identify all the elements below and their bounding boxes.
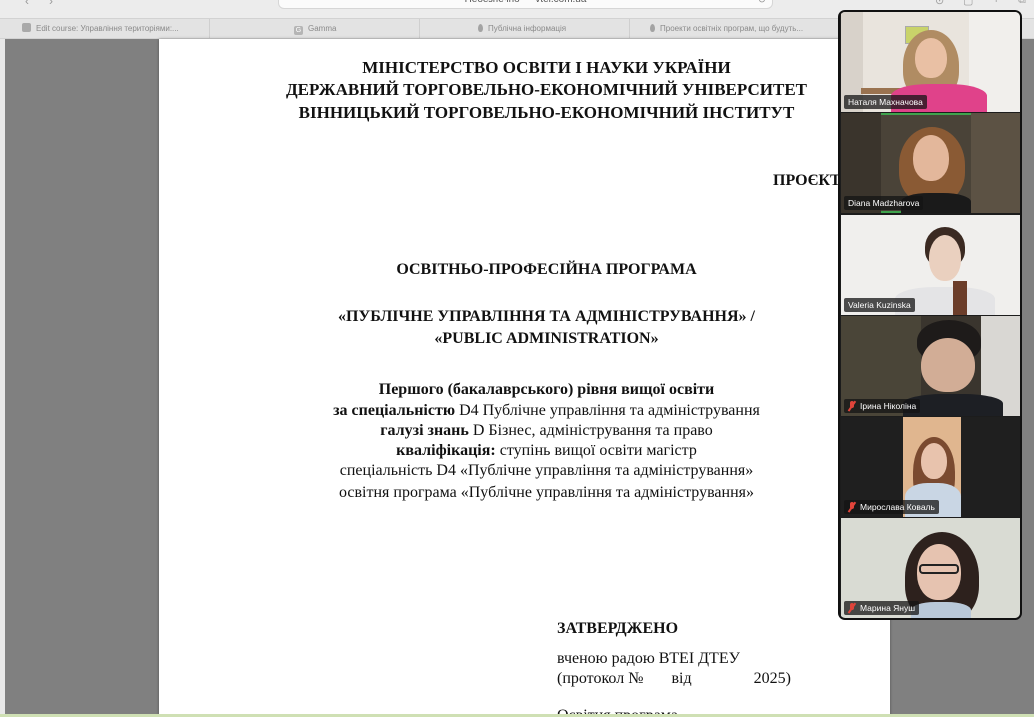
tab-overview-icon[interactable]: ⧉ <box>1018 0 1026 7</box>
participant-tile[interactable]: Марина Януш <box>841 518 1021 618</box>
address-bar[interactable]: Небезпечно — vtei.com.ua ↻ <box>278 0 773 9</box>
participant-name: Мирослава Коваль <box>844 500 939 514</box>
protocol-year: 2025) <box>754 670 791 687</box>
qualification-line: кваліфікація: ступінь вищої освіти магіс… <box>159 442 934 460</box>
qualification-label: кваліфікація: <box>396 442 496 459</box>
participant-name: Valeria Kuzinska <box>844 298 915 312</box>
protocol-line: (протокол №від2025) <box>557 670 791 688</box>
header-university: ДЕРЖАВНИЙ ТОРГОВЕЛЬНО-ЕКОНОМІЧНИЙ УНІВЕР… <box>159 80 934 100</box>
tab-label: Публічна інформація <box>488 24 566 33</box>
viewer-edge <box>0 39 5 717</box>
specialty-line: за спеціальністю D4 Публічне управління … <box>159 402 934 420</box>
name-text: Наталя Махначова <box>848 97 923 107</box>
name-text: Мирослава Коваль <box>860 502 935 512</box>
approved-label: ЗАТВЕРДЖЕНО <box>557 620 678 638</box>
specialty-value: D4 Публічне управління та адмініструванн… <box>455 402 760 419</box>
tab-label: Edit course: Управління територіями:... <box>36 24 179 33</box>
protocol-from: від <box>671 670 691 687</box>
document-content: МІНІСТЕРСТВО ОСВІТИ І НАУКИ УКРАЇНИ ДЕРЖ… <box>159 39 890 717</box>
forward-icon[interactable]: › <box>44 0 58 8</box>
reload-icon[interactable]: ↻ <box>758 0 766 8</box>
tab-public-info[interactable]: Публічна інформація <box>420 19 630 38</box>
program-name-ua: «ПУБЛІЧНЕ УПРАВЛІННЯ ТА АДМІНІСТРУВАННЯ»… <box>159 308 934 326</box>
field-label: галузі знань <box>380 422 469 439</box>
back-icon[interactable]: ‹ <box>20 0 34 8</box>
field-line: галузі знань D Бізнес, адміністрування т… <box>159 422 934 440</box>
download-icon[interactable]: ⊙ <box>935 0 944 7</box>
tab-label: Проекти освітніх програм, що будуть... <box>660 24 803 33</box>
header-ministry: МІНІСТЕРСТВО ОСВІТИ І НАУКИ УКРАЇНИ <box>159 58 934 78</box>
screen: ‹ › Небезпечно — vtei.com.ua ↻ ⊙ ▢ + ⧉ E… <box>0 0 1034 717</box>
name-text: Марина Януш <box>860 603 915 613</box>
program-type: ОСВІТНЬО-ПРОФЕСІЙНА ПРОГРАМА <box>159 261 934 279</box>
moodle-icon <box>22 23 31 32</box>
participant-tile[interactable]: Ірина Ніколіна <box>841 316 1021 416</box>
drop-icon <box>478 24 483 32</box>
education-level: Першого (бакалаврського) рівня вищої осв… <box>159 381 934 399</box>
tab-gamma[interactable]: GGamma <box>210 19 420 38</box>
name-text: Valeria Kuzinska <box>848 300 911 310</box>
program-name-en: «PUBLIC ADMINISTRATION» <box>159 330 934 348</box>
video-gallery[interactable]: Наталя Махначова Diana Madzharova Valeri… <box>838 10 1022 620</box>
qualification-specialty: спеціальність D4 «Публічне управління та… <box>159 462 934 480</box>
header-institute: ВІННИЦЬКИЙ ТОРГОВЕЛЬНО-ЕКОНОМІЧНИЙ ІНСТИ… <box>159 103 934 123</box>
name-text: Ірина Ніколіна <box>860 401 916 411</box>
participant-tile[interactable]: Valeria Kuzinska <box>841 215 1021 315</box>
participant-name: Ірина Ніколіна <box>844 399 920 413</box>
gamma-icon: G <box>294 26 303 35</box>
draft-label: ПРОЄКТ <box>773 172 841 190</box>
tab-edit-course[interactable]: Edit course: Управління територіями:... <box>0 19 210 38</box>
participant-tile[interactable]: Наталя Махначова <box>841 12 1021 112</box>
mic-off-icon <box>848 502 856 512</box>
protocol-prefix: (протокол № <box>557 670 643 687</box>
share-icon[interactable]: ▢ <box>963 0 973 7</box>
tab-program-projects[interactable]: Проекти освітніх програм, що будуть... <box>630 19 840 38</box>
mic-off-icon <box>848 603 856 613</box>
address-text: Небезпечно — vtei.com.ua <box>465 0 587 5</box>
tab-label: Gamma <box>308 24 336 33</box>
drop-icon <box>650 24 655 32</box>
mic-off-icon <box>848 401 856 411</box>
participant-name: Наталя Махначова <box>844 95 927 109</box>
name-text: Diana Madzharova <box>848 198 919 208</box>
field-value: D Бізнес, адміністрування та право <box>469 422 713 439</box>
approved-by: вченою радою ВТЕІ ДТЕУ <box>557 650 740 668</box>
qualification-value: ступінь вищої освіти магістр <box>496 442 697 459</box>
participant-name: Diana Madzharova <box>844 196 923 210</box>
participant-name: Марина Януш <box>844 601 919 615</box>
qualification-program: освітня програма «Публічне управління та… <box>159 484 934 502</box>
new-tab-icon[interactable]: + <box>993 0 999 6</box>
participant-tile[interactable]: Мирослава Коваль <box>841 417 1021 517</box>
participant-tile-active[interactable]: Diana Madzharova <box>841 113 1021 213</box>
specialty-label: за спеціальністю <box>333 402 455 419</box>
